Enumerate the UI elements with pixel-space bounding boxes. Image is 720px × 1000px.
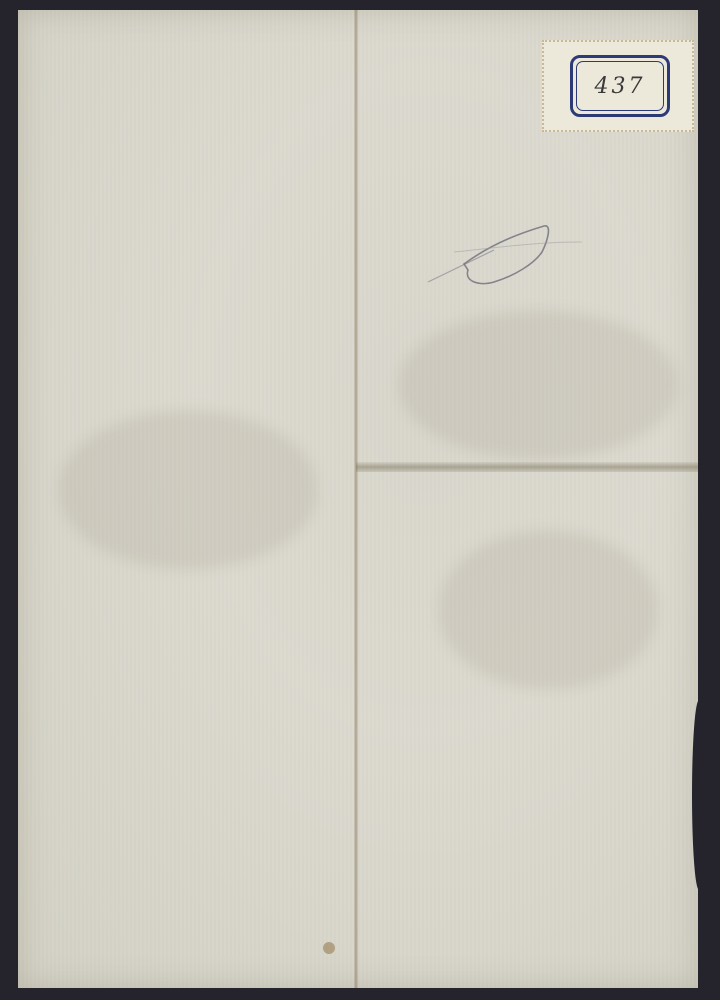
stain (438, 530, 658, 690)
vertical-fold-line (354, 10, 358, 988)
stain (398, 310, 678, 460)
horizontal-fold-line (356, 462, 698, 472)
stain (58, 410, 318, 570)
document-paper (18, 10, 698, 988)
label-frame: 437 (570, 55, 670, 117)
pencil-scribble-icon (424, 212, 584, 292)
ink-spot (323, 942, 335, 954)
catalog-label: 437 (542, 40, 694, 132)
catalog-number: 437 (595, 74, 646, 99)
